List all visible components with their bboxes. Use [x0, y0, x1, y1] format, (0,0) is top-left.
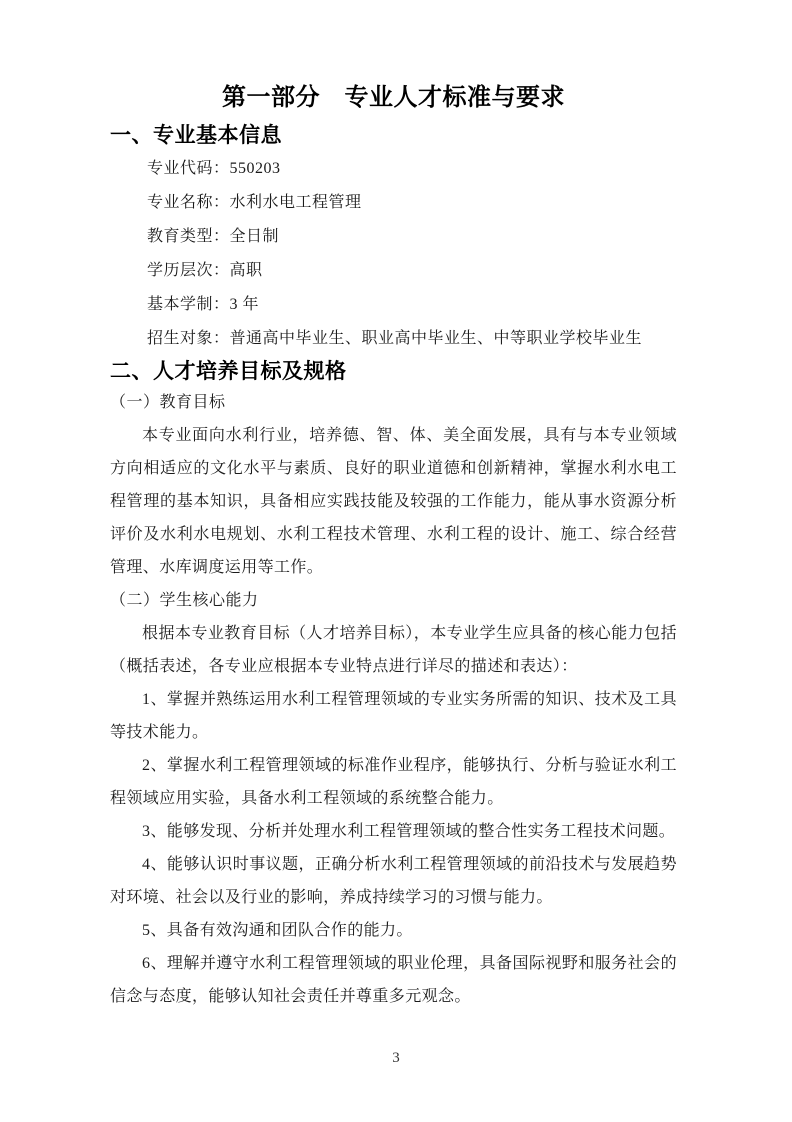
info-value: 3 年 [230, 296, 260, 313]
info-label: 专业名称： [147, 194, 230, 211]
info-line-major-name: 专业名称：水利水电工程管理 [147, 186, 677, 220]
core-ability-item-3: 3、能够发现、分析并处理水利工程管理领域的整合性实务工程技术问题。 [110, 815, 677, 848]
section-1-heading: 一、专业基本信息 [110, 122, 677, 149]
info-value: 550203 [230, 160, 281, 177]
info-label: 基本学制： [147, 296, 230, 313]
education-goal-paragraph: 本专业面向水利行业，培养德、智、体、美全面发展，具有与本专业领域方向相适应的文化… [110, 419, 677, 584]
info-label: 招生对象： [147, 330, 230, 347]
document-content: 第一部分 专业人才标准与要求 一、专业基本信息 专业代码：550203 专业名称… [110, 84, 677, 1013]
core-ability-intro: 根据本专业教育目标（人才培养目标），本专业学生应具备的核心能力包括（概括表述，各… [110, 617, 677, 683]
info-value: 高职 [230, 262, 263, 279]
info-value: 水利水电工程管理 [230, 194, 362, 211]
basic-info-list: 专业代码：550203 专业名称：水利水电工程管理 教育类型：全日制 学历层次：… [110, 152, 677, 356]
info-label: 学历层次： [147, 262, 230, 279]
section-2-body: （一）教育目标 本专业面向水利行业，培养德、智、体、美全面发展，具有与本专业领域… [110, 386, 677, 1013]
core-ability-item-4: 4、能够认识时事议题，正确分析水利工程管理领域的前沿技术与发展趋势对环境、社会以… [110, 848, 677, 914]
info-value: 普通高中毕业生、职业高中毕业生、中等职业学校毕业生 [230, 330, 643, 347]
page-title: 第一部分 专业人才标准与要求 [110, 84, 677, 112]
info-line-schooling-years: 基本学制：3 年 [147, 288, 677, 322]
sub-heading-education-goal: （一）教育目标 [110, 386, 677, 419]
document-page: 第一部分 专业人才标准与要求 一、专业基本信息 专业代码：550203 专业名称… [0, 0, 792, 1122]
core-ability-item-6: 6、理解并遵守水利工程管理领域的职业伦理，具备国际视野和服务社会的信念与态度，能… [110, 947, 677, 1013]
info-line-education-type: 教育类型：全日制 [147, 220, 677, 254]
core-ability-item-1: 1、掌握并熟练运用水利工程管理领域的专业实务所需的知识、技术及工具等技术能力。 [110, 683, 677, 749]
page-number: 3 [0, 1048, 792, 1068]
core-ability-item-2: 2、掌握水利工程管理领域的标准作业程序，能够执行、分析与验证水利工程领域应用实验… [110, 749, 677, 815]
sub-heading-core-ability: （二）学生核心能力 [110, 584, 677, 617]
info-line-enrollment-target: 招生对象：普通高中毕业生、职业高中毕业生、中等职业学校毕业生 [147, 322, 677, 356]
core-ability-item-5: 5、具备有效沟通和团队合作的能力。 [110, 914, 677, 947]
info-line-education-level: 学历层次：高职 [147, 254, 677, 288]
info-value: 全日制 [230, 228, 280, 245]
info-label: 教育类型： [147, 228, 230, 245]
info-label: 专业代码： [147, 160, 230, 177]
section-2-heading: 二、人才培养目标及规格 [110, 358, 677, 385]
info-line-major-code: 专业代码：550203 [147, 152, 677, 186]
